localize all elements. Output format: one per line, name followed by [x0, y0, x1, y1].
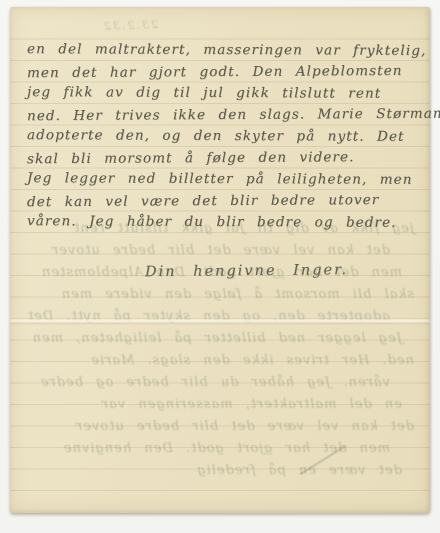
show-through-line: våren. Jeg håber du blir bedre og bedre	[20, 372, 416, 394]
show-through-line: det være en på fredelig	[20, 460, 416, 482]
letter-line: det kan vel være det blir bedre utover	[27, 189, 423, 213]
letter-line: våren. Jeg håber du blir bedre og bedre.	[27, 211, 423, 234]
show-through-line: skal bli morsomt å følge den videre men	[20, 284, 416, 306]
letter-line: adopterte den, og den skyter på nytt. De…	[27, 125, 423, 148]
show-through-line: men det har gjort godt. Den hengivne	[20, 438, 416, 460]
signature: Din hengivne Inger.	[145, 262, 375, 280]
letter-line: men det har gjort godt. Den Alpeblomsten	[27, 60, 423, 84]
letter-line: skal bli morsomt å følge den videre.	[27, 146, 423, 170]
show-through-line: en del maltraktert, masseringen var	[20, 394, 416, 416]
letter-line: en del maltraktert, masseringen var fryk…	[27, 39, 423, 62]
show-through-line: adopterte den, og den skyter på nytt. De…	[20, 306, 416, 328]
show-through-line: ned. Her trives ikke den slags. Marie	[20, 350, 416, 372]
show-through-line: det kan vel være det blir bedre utover	[20, 240, 416, 262]
fold-crease	[10, 318, 430, 325]
show-through-date-mark: 23.2.32	[102, 18, 158, 33]
letter-paper: jeg fikk av dig til jul gikk tilslutt re…	[10, 7, 430, 513]
scan-background: jeg fikk av dig til jul gikk tilslutt re…	[0, 0, 440, 533]
letter-line: jeg fikk av dig til jul gikk tilslutt re…	[27, 82, 423, 105]
show-through-layer: jeg fikk av dig til jul gikk tilslutt re…	[20, 218, 416, 482]
show-through-line: Jeg legger ned billetter på leiligheten,…	[20, 328, 416, 350]
stray-pencil-stroke	[300, 445, 347, 475]
letter-line: Jeg legger ned billetter på leiligheten,…	[27, 168, 423, 191]
letter-body: en del maltraktert, masseringen var fryk…	[27, 40, 423, 234]
show-through-line: det kan vel være det blir bedre utover	[20, 416, 416, 438]
letter-line: ned. Her trives ikke den slags. Marie St…	[27, 103, 423, 127]
